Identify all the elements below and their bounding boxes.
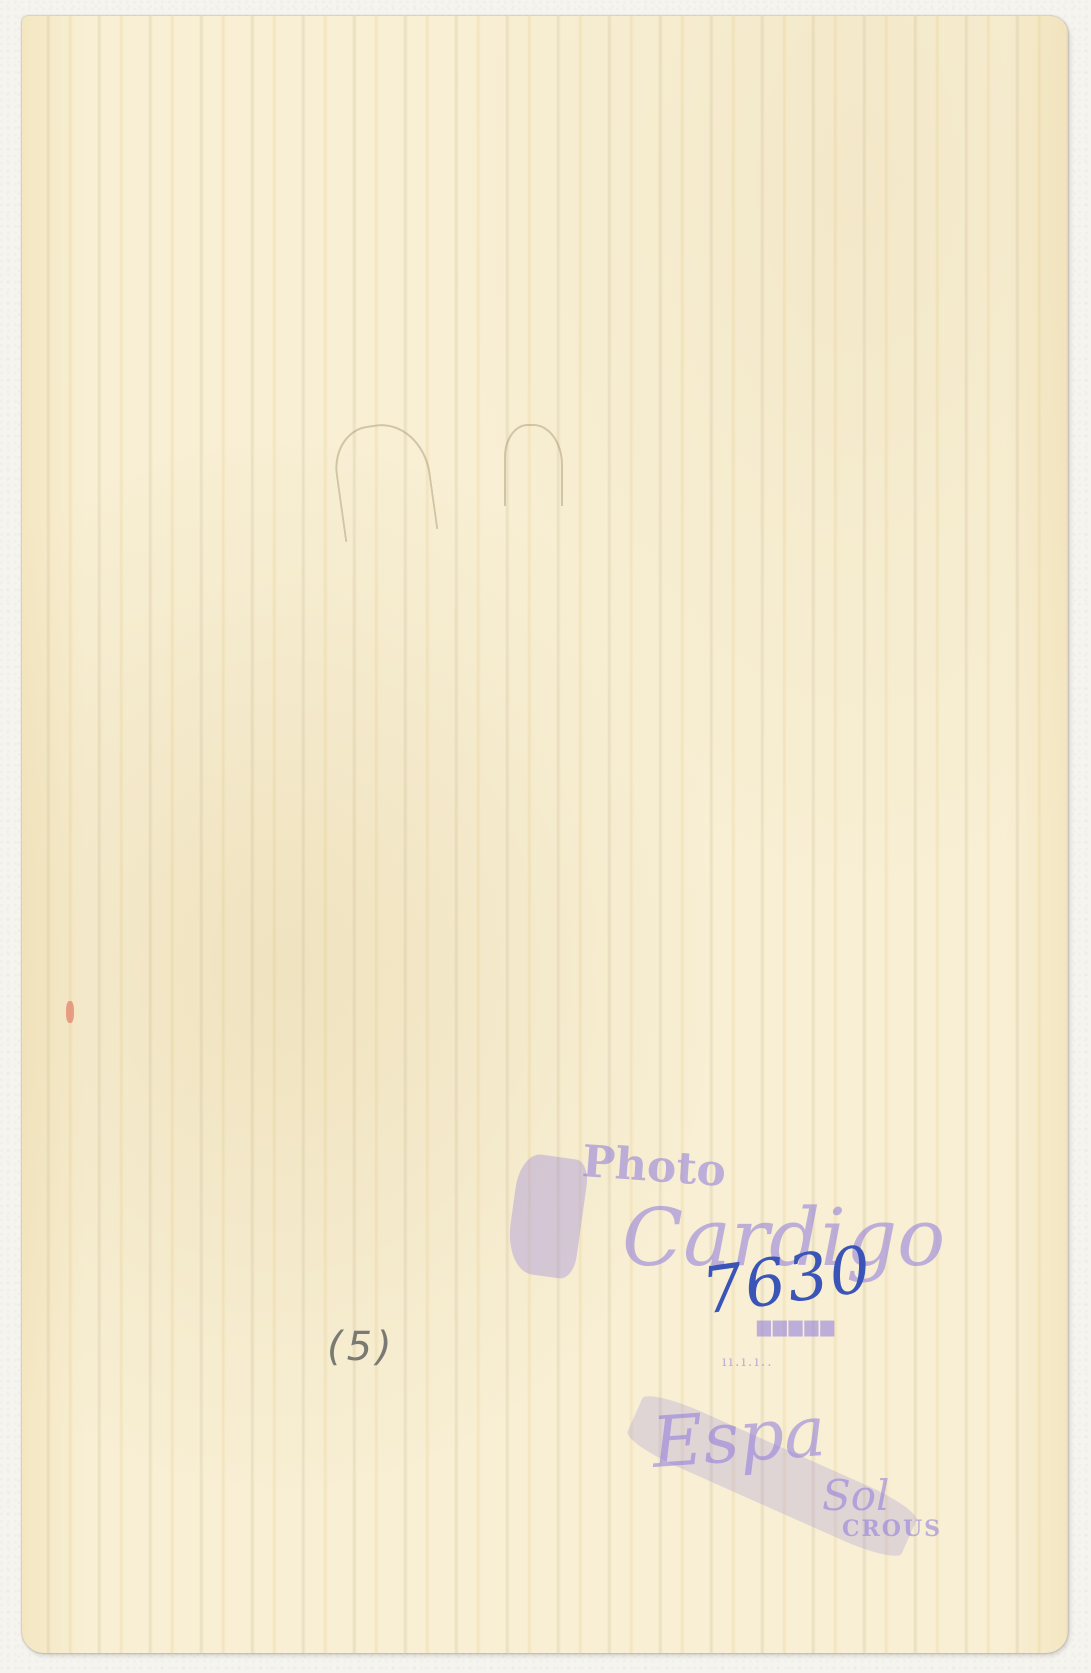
stamp-signature-2: Sol bbox=[822, 1471, 890, 1520]
stamp-line-2: ıı.ı.ı.. bbox=[722, 1354, 774, 1370]
photo-card-back: Photo Cardigo ▆▆▆▆▆ ıı.ı.ı.. Espa Sol CR… bbox=[22, 16, 1068, 1653]
red-ink-mark bbox=[66, 1001, 74, 1023]
stamp-photo-word: Photo bbox=[580, 1136, 727, 1197]
paper-dent-left bbox=[330, 418, 439, 542]
stamp-place: CROUS bbox=[842, 1516, 942, 1542]
paper-dent-right bbox=[504, 424, 563, 506]
stamp-blot-upper bbox=[504, 1152, 590, 1281]
stamp-signature: Espa bbox=[649, 1390, 828, 1484]
pencil-number: (5) bbox=[327, 1324, 396, 1370]
